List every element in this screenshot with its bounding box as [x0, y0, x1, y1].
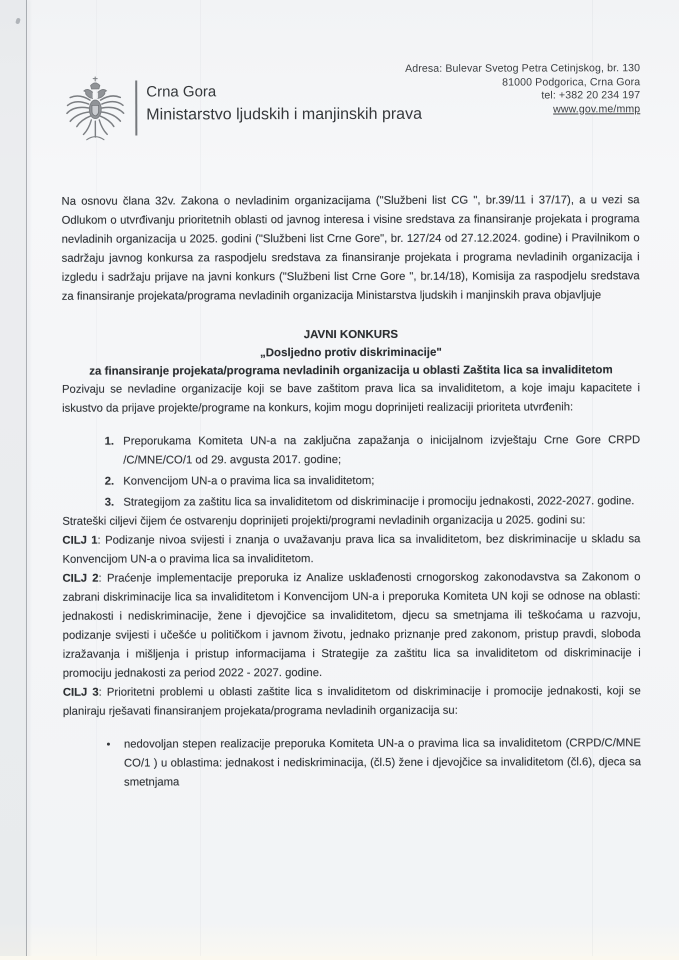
- goal-label: CILJ 1: [62, 535, 97, 547]
- document-subtitle-area: za finansiranje projekata/programa nevla…: [62, 361, 640, 381]
- invitation-paragraph: Pozivaju se nevladine organizacije koji …: [62, 379, 640, 419]
- scanned-document-page: Adresa: Bulevar Svetog Petra Cetinjskog,…: [0, 0, 679, 960]
- goal-cilj-1: CILJ 1: Podizanje nivoa svijesti i znanj…: [62, 530, 640, 570]
- goal-label: CILJ 3: [63, 687, 99, 699]
- website-link[interactable]: www.gov.me/mmp: [553, 103, 640, 117]
- scan-bottom-edge: [0, 956, 679, 960]
- document-body: Na osnovu člana 32v. Zakona o nevladinim…: [61, 191, 641, 793]
- coat-of-arms-icon: [62, 75, 128, 151]
- document-title: JAVNI KONKURS: [62, 325, 640, 345]
- org-ministry-label: Ministarstvo ljudskih i manjinskih prava: [146, 102, 422, 128]
- address-line-1: Adresa: Bulevar Svetog Petra Cetinjskog,…: [405, 62, 640, 76]
- goal-text: : Praćenje implementacije preporuka iz A…: [63, 571, 641, 680]
- address-line-2: 81000 Podgorica, Crna Gora: [405, 76, 640, 90]
- goal-text: : Prioritetni problemi u oblasti zaštite…: [63, 685, 641, 718]
- priorities-list: Preporukama Komiteta UN-a na zaključna z…: [62, 431, 640, 513]
- address-block: Adresa: Bulevar Svetog Petra Cetinjskog,…: [405, 62, 640, 117]
- goal-cilj-3: CILJ 3: Prioritetni problemi u oblasti z…: [63, 682, 641, 722]
- goal-cilj-2: CILJ 2: Praćenje implementacije preporuk…: [62, 568, 640, 684]
- letterhead-divider: [135, 81, 137, 136]
- ministry-letterhead: Crna Gora Ministarstvo ljudskih i manjin…: [62, 74, 422, 151]
- priority-item: Strategijom za zaštitu lica sa invalidit…: [117, 492, 640, 512]
- org-country-label: Crna Gora: [146, 82, 422, 103]
- document-title-block: JAVNI KONKURS „Dosljedno protiv diskrimi…: [62, 325, 640, 381]
- priority-item: Preporukama Komiteta UN-a na zaključna z…: [117, 431, 640, 470]
- document-subtitle-quote: „Dosljedno protiv diskriminacije": [62, 343, 640, 363]
- strategic-goals-intro: Strateški ciljevi čijem će ostvarenju do…: [62, 511, 640, 532]
- priority-item: Konvencijom UN-a o pravima lica sa inval…: [117, 471, 640, 491]
- address-line-3: tel: +382 20 234 197: [405, 89, 640, 103]
- goal-label: CILJ 2: [62, 573, 98, 585]
- goal-text: : Podizanje nivoa svijesti i znanja o uv…: [62, 533, 640, 566]
- problem-bullet-item: nedovoljan stepen realizacije preporuka …: [120, 734, 641, 792]
- intro-paragraph: Na osnovu člana 32v. Zakona o nevladinim…: [61, 191, 639, 307]
- problem-bullet-list: nedovoljan stepen realizacije preporuka …: [63, 734, 641, 793]
